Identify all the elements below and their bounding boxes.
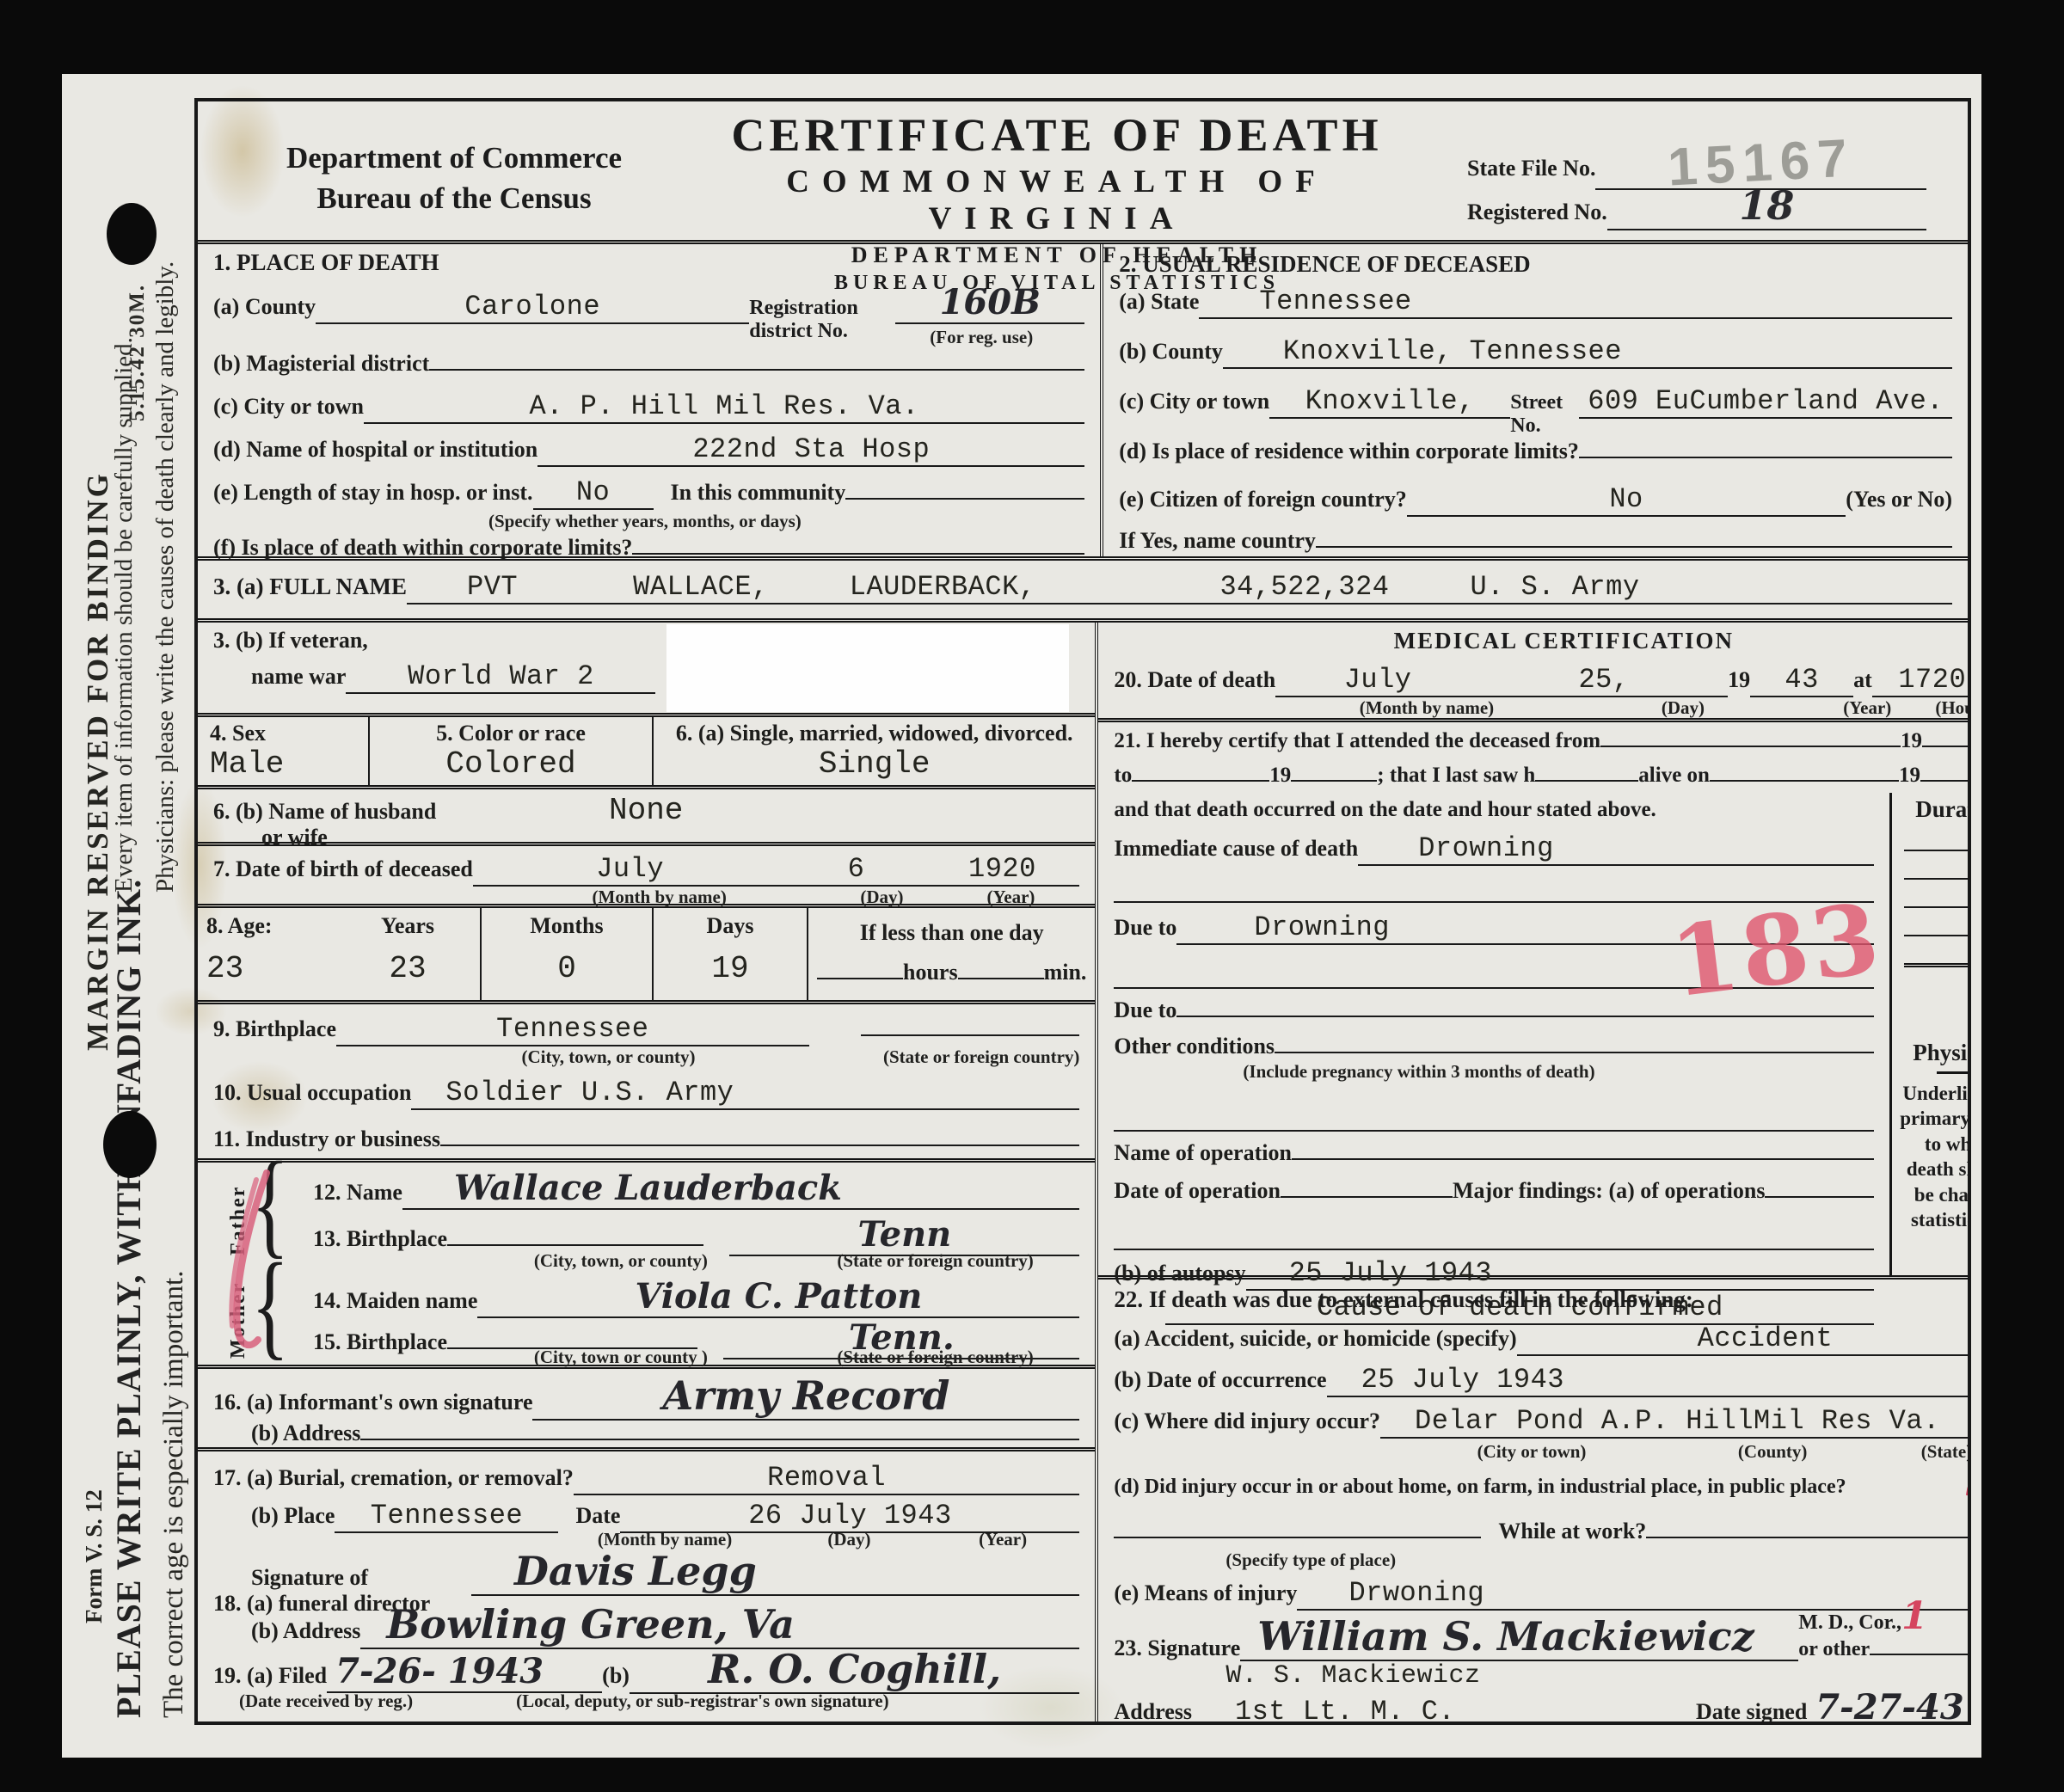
external-causes-block: 22. If death was due to external causes … bbox=[1098, 1280, 1971, 1613]
death-year-value: 43 bbox=[1750, 664, 1853, 697]
street-no-value: 609 EuCumberland Ave. bbox=[1579, 385, 1952, 419]
death-year-note: (Year) bbox=[1824, 697, 1910, 719]
certify-text3: and that death occurred on the date and … bbox=[1114, 798, 1655, 822]
marital-cell: 6. (a) Single, married, widowed, divorce… bbox=[654, 717, 1095, 785]
redaction-box bbox=[666, 624, 1069, 712]
informant-label: 16. (a) Informant's own signature bbox=[213, 1390, 532, 1415]
corporate-limits-death-line bbox=[632, 553, 1084, 555]
certificate-frame: Department of Commerce Bureau of the Cen… bbox=[194, 98, 1971, 1725]
county-label: (a) County bbox=[213, 294, 316, 320]
birthplace-state-line bbox=[861, 1034, 1080, 1036]
external-causes-title: 22. If death was due to external causes … bbox=[1114, 1286, 1692, 1313]
duration-line-3 bbox=[1904, 880, 1971, 908]
race-cell: 5. Color or race Colored bbox=[370, 717, 654, 785]
less-than-day-label: If less than one day bbox=[817, 920, 1086, 946]
res-city-label: (c) City or town bbox=[1119, 389, 1269, 414]
other-conditions-label: Other conditions bbox=[1114, 1034, 1275, 1059]
surname-value: WALLACE, bbox=[633, 571, 769, 603]
certify-from-line bbox=[1600, 746, 1901, 747]
informant-address-label: (b) Address bbox=[251, 1421, 360, 1446]
duration-line-2 bbox=[1904, 851, 1971, 880]
accident-label: (a) Accident, suicide, or homicide (spec… bbox=[1114, 1326, 1516, 1352]
injury-place-type-label: (d) Did injury occur in or about home, o… bbox=[1114, 1476, 1846, 1499]
mother-birthplace-label: 15. Birthplace bbox=[313, 1329, 447, 1355]
filed-row: 19. (a) Filed 7-26- 1943 (b) R. O. Coghi… bbox=[198, 1642, 1095, 1718]
place-type-line bbox=[1114, 1537, 1481, 1538]
rank-value: PVT bbox=[467, 571, 518, 603]
injury-county-note: (County) bbox=[1666, 1441, 1880, 1463]
birthplace-note2: (State or foreign country) bbox=[883, 1046, 1079, 1068]
res-city-value: Knoxville, bbox=[1269, 385, 1510, 419]
industry-line bbox=[440, 1145, 1079, 1146]
punch-hole-bottom bbox=[103, 1111, 157, 1178]
red-mark-5: 5 bbox=[1965, 1450, 1971, 1508]
physician-divider bbox=[1937, 1071, 1971, 1074]
birth-year-note: (Year) bbox=[942, 887, 1079, 908]
immediate-cause-label: Immediate cause of death bbox=[1114, 836, 1358, 862]
birth-day-note: (Day) bbox=[821, 887, 942, 908]
spouse-row: 6. (b) Name of husband or wife None bbox=[198, 789, 1095, 846]
section-2-usual-residence: 2. USUAL RESIDENCE OF DECEASED (a) State… bbox=[1103, 244, 1968, 556]
physician-address-value: 1st Lt. M. C. bbox=[1192, 1696, 1696, 1725]
red-mark-9: 9 bbox=[1835, 1713, 1865, 1725]
occupation-row: 10. Usual occupation Soldier U.S. Army bbox=[198, 1066, 1095, 1120]
age-cell: 8. Age: 23 bbox=[198, 908, 335, 1000]
veteran-row: 3. (b) If veteran, name war World War 2 bbox=[198, 623, 1095, 717]
mother-maiden-label: 14. Maiden name bbox=[313, 1288, 477, 1314]
birthplace-value: Tennessee bbox=[336, 1013, 809, 1046]
parents-block: Father { Mother { 12. Name Wallace Laude… bbox=[198, 1163, 1095, 1369]
months-value: 0 bbox=[490, 951, 643, 986]
full-name-label: 3. (a) FULL NAME bbox=[213, 574, 407, 600]
state-file-label: State File No. bbox=[1467, 156, 1595, 181]
section2-title: 2. USUAL RESIDENCE OF DECEASED bbox=[1119, 251, 1530, 278]
months-header: Months bbox=[490, 913, 643, 939]
years-value: 23 bbox=[344, 951, 471, 986]
physician-signature-block: 23. Signature William S. Mackiewicz M. D… bbox=[1098, 1613, 1971, 1721]
death-month-value: July bbox=[1275, 664, 1480, 697]
birth-month-note: (Month by name) bbox=[497, 887, 821, 908]
mother-maiden-value: Viola C. Patton bbox=[477, 1276, 1079, 1318]
death-date-label: 20. Date of death bbox=[1114, 667, 1275, 693]
state-file-stamp: 15167 bbox=[1667, 127, 1857, 198]
foreign-citizen-value: No bbox=[1407, 483, 1846, 517]
immediate-cause-value: Drowning bbox=[1358, 832, 1874, 866]
margin-warning-plainly: PLEASE WRITE PLAINLY, WITH UNFADING INK. bbox=[108, 879, 149, 1718]
res-county-value: Knoxville, Tennessee bbox=[1223, 335, 1952, 369]
hospital-value: 222nd Sta Hosp bbox=[537, 433, 1084, 467]
in-community-line bbox=[845, 498, 1084, 500]
section1-title: 1. PLACE OF DEATH bbox=[213, 249, 439, 276]
registrar-note: (Local, deputy, or sub-registrar's own s… bbox=[516, 1691, 888, 1712]
reg-district-label: Registration district No. bbox=[749, 297, 895, 343]
days-header: Days bbox=[662, 913, 798, 939]
duration-line-5 bbox=[1904, 936, 1971, 967]
certify-alive: alive on bbox=[1638, 764, 1710, 788]
duration-header: Duration bbox=[1892, 796, 1971, 823]
cause-line-3 bbox=[1114, 1090, 1874, 1132]
death-day-note: (Day) bbox=[1542, 697, 1825, 719]
res-county-label: (b) County bbox=[1119, 339, 1223, 365]
spouse-value: None bbox=[609, 793, 683, 828]
cause-line-4 bbox=[1114, 1211, 1874, 1250]
red-checkmark bbox=[200, 1166, 282, 1360]
death-19-prefix: 19 bbox=[1728, 667, 1750, 693]
signature-script-value: William S. Mackiewicz bbox=[1240, 1613, 1798, 1661]
burial-row: 17. (a) Burial, cremation, or removal? R… bbox=[198, 1451, 1095, 1548]
medical-certification-title-row: MEDICAL CERTIFICATION bbox=[1098, 623, 1971, 660]
certify-19c: 19 bbox=[1899, 764, 1920, 788]
street-no-label: Street No. bbox=[1510, 391, 1579, 438]
margin-warning-physicians: Physicians: please write the causes of d… bbox=[151, 261, 180, 893]
informant-address-line bbox=[360, 1439, 1079, 1440]
burial-place-label: (b) Place bbox=[251, 1503, 335, 1529]
certify-19b-line bbox=[1291, 780, 1377, 782]
agency-line2: Bureau of the Census bbox=[246, 178, 662, 218]
corporate-limits-res-label: (d) Is place of residence within corpora… bbox=[1119, 439, 1579, 464]
funeral-director-row: Signature of 18. (a) funeral director Da… bbox=[198, 1548, 1095, 1642]
death-month-note: (Month by name) bbox=[1311, 697, 1541, 719]
birth-month-value: July bbox=[473, 853, 788, 887]
if-yes-country-label: If Yes, name country bbox=[1119, 528, 1316, 554]
industry-label: 11. Industry or business bbox=[213, 1126, 440, 1152]
commonwealth-subtitle: COMMONWEALTH OF VIRGINIA bbox=[662, 163, 1452, 237]
marital-value: Single bbox=[666, 746, 1083, 782]
father-name-value: Wallace Lauderback bbox=[402, 1168, 1079, 1210]
serial-number-value: 34,522,324 bbox=[1219, 571, 1389, 603]
due-to-2-line bbox=[1176, 1016, 1874, 1017]
informant-value: Army Record bbox=[532, 1372, 1079, 1421]
stay-length-label: (e) Length of stay in hosp. or inst. bbox=[213, 480, 533, 506]
years-header: Years bbox=[344, 913, 471, 939]
hours-label: hours bbox=[903, 960, 958, 985]
branch-value: U. S. Army bbox=[1471, 571, 1640, 603]
parents-fields: 12. Name Wallace Lauderback 13. Birthpla… bbox=[298, 1163, 1095, 1365]
occupation-label: 10. Usual occupation bbox=[213, 1080, 411, 1106]
while-at-work-label: While at work? bbox=[1498, 1519, 1646, 1544]
filed-date-value: 7-26- 1943 bbox=[327, 1651, 602, 1693]
registrar-sig-value: R. O. Coghill, bbox=[630, 1646, 1079, 1694]
certify-line1: 21. I hereby certify that I attended the… bbox=[1098, 722, 1971, 757]
full-name-row: 3. (a) FULL NAME PVT WALLACE, LAUDERBACK… bbox=[198, 561, 1968, 623]
death-day-value: 25, bbox=[1480, 664, 1728, 697]
yes-or-no-note: (Yes or No) bbox=[1846, 487, 1952, 512]
specify-place-note: (Specify type of place) bbox=[1225, 1550, 1396, 1571]
registered-no-label: Registered No. bbox=[1467, 199, 1607, 225]
major-findings-label: Major findings: (a) of operations bbox=[1453, 1178, 1766, 1204]
occurrence-date-label: (b) Date of occurrence bbox=[1114, 1367, 1326, 1393]
state-label: (a) State bbox=[1119, 289, 1199, 315]
form-number: Form V. S. 12 bbox=[81, 1489, 107, 1623]
left-column: 3. (b) If veteran, name war World War 2 … bbox=[198, 623, 1098, 1721]
foreign-citizen-label: (e) Citizen of foreign country? bbox=[1119, 487, 1407, 512]
sex-race-marital-row: 4. Sex Male 5. Color or race Colored 6. … bbox=[198, 717, 1095, 789]
min-label: min. bbox=[1044, 960, 1087, 985]
death-hour-value: 1720 bbox=[1872, 664, 1971, 697]
certify-h-line bbox=[1535, 780, 1638, 782]
main-columns: 3. (b) If veteran, name war World War 2 … bbox=[198, 623, 1968, 1721]
certify-line2: to 19 ; that I last saw h alive on 19 ; bbox=[1098, 757, 1971, 793]
duration-sidebar: Duration Physician Underline the primary… bbox=[1889, 793, 1971, 1275]
operation-name-label: Name of operation bbox=[1114, 1140, 1292, 1166]
corporate-limits-death-label: (f) Is place of death within corporate l… bbox=[213, 535, 632, 561]
veteran-war-value: World War 2 bbox=[346, 660, 655, 694]
death-hour-note: (Hour) bbox=[1910, 697, 1971, 719]
birth-day-value: 6 bbox=[787, 853, 924, 887]
means-of-injury-label: (e) Means of injury bbox=[1114, 1580, 1297, 1606]
reg-district-value: 160B bbox=[895, 282, 1084, 324]
days-value: 19 bbox=[662, 951, 798, 986]
certify-to: to bbox=[1114, 764, 1132, 788]
accident-value: Accident bbox=[1517, 1323, 1971, 1356]
due-to-1-label: Due to bbox=[1114, 915, 1176, 941]
birth-date-row: 7. Date of birth of deceased July 6 1920… bbox=[198, 846, 1095, 908]
birth-date-label: 7. Date of birth of deceased bbox=[213, 856, 473, 882]
operation-date-label: Date of operation bbox=[1114, 1178, 1281, 1204]
date-signed-value: 7-27-43 bbox=[1807, 1687, 1971, 1725]
occupation-value: Soldier U.S. Army bbox=[411, 1077, 1079, 1110]
registrar-sig-label: (b) bbox=[602, 1663, 630, 1689]
md-cor-label: M. D., Cor.,1 or other bbox=[1798, 1594, 1971, 1661]
state-value: Tennessee bbox=[1199, 285, 1952, 319]
father-birthplace-note2: (State or foreign country) bbox=[791, 1250, 1080, 1272]
age-row: 8. Age: 23 Years 23 Months 0 Days 19 bbox=[198, 908, 1095, 1004]
birthplace-note1: (City, town, or county) bbox=[385, 1046, 832, 1068]
less-than-day-cell: If less than one day hours min. bbox=[808, 908, 1095, 1000]
if-yes-country-line bbox=[1316, 546, 1952, 548]
causes-main: and that death occurred on the date and … bbox=[1098, 793, 1889, 1275]
funeral-director-value: Davis Legg bbox=[471, 1548, 1079, 1596]
certify-to-line bbox=[1132, 780, 1269, 782]
age-years-cell: Years 23 bbox=[335, 908, 482, 1000]
burial-date-label: Date bbox=[575, 1503, 620, 1529]
race-label: 5. Color or race bbox=[382, 721, 640, 746]
death-date-row: 20. Date of death July 25, 19 43 at 1720… bbox=[1098, 660, 1971, 722]
medical-certification-title: MEDICAL CERTIFICATION bbox=[1394, 628, 1734, 654]
spouse-label: 6. (b) Name of husband or wife bbox=[213, 799, 497, 850]
certify-text1: 21. I hereby certify that I attended the… bbox=[1114, 729, 1600, 753]
state-file-line: 15167 bbox=[1595, 127, 1926, 190]
hospital-label: (d) Name of hospital or institution bbox=[213, 437, 537, 463]
city-town-value: A. P. Hill Mil Res. Va. bbox=[364, 390, 1084, 424]
birthplace-row: 9. Birthplace Tennessee (City, town, or … bbox=[198, 1004, 1095, 1066]
file-numbers: State File No. 15167 Registered No. 18 bbox=[1452, 101, 1968, 240]
due-to-2-label: Due to bbox=[1114, 997, 1176, 1023]
age-value: 23 bbox=[206, 951, 327, 986]
father-name-label: 12. Name bbox=[313, 1180, 402, 1206]
stay-specify-note: (Specify whether years, months, or days) bbox=[488, 511, 802, 532]
title-block: CERTIFICATE OF DEATH COMMONWEALTH OF VIR… bbox=[662, 101, 1452, 240]
injury-city-note: (City or town) bbox=[1397, 1441, 1665, 1463]
mother-birthplace-note1: (City, town or county ) bbox=[476, 1347, 765, 1368]
min-line bbox=[958, 978, 1044, 979]
full-name-line: PVT WALLACE, LAUDERBACK, 34,522,324 U. S… bbox=[407, 571, 1952, 604]
corporate-limits-res-line bbox=[1579, 457, 1952, 458]
signature-label: 23. Signature bbox=[1114, 1636, 1240, 1661]
injury-where-label: (c) Where did injury occur? bbox=[1114, 1408, 1380, 1434]
magisterial-district-line bbox=[429, 369, 1084, 371]
birthplace-label: 9. Birthplace bbox=[213, 1016, 336, 1042]
residence-and-place-row: 1. PLACE OF DEATH (a) County Carolone Re… bbox=[198, 244, 1968, 561]
county-value: Carolone bbox=[316, 291, 749, 324]
stay-length-value: No bbox=[533, 476, 654, 510]
age-days-cell: Days 19 bbox=[654, 908, 808, 1000]
red-mark-1: 1 bbox=[1901, 1594, 1928, 1638]
veteran-label1: 3. (b) If veteran, bbox=[213, 628, 368, 654]
father-birthplace-label: 13. Birthplace bbox=[313, 1226, 447, 1252]
agency-line1: Department of Commerce bbox=[246, 138, 662, 178]
hours-line bbox=[817, 978, 903, 979]
pregnancy-note: (Include pregnancy within 3 months of de… bbox=[1243, 1061, 1594, 1083]
operation-date-line bbox=[1281, 1196, 1453, 1198]
in-community-label: In this community bbox=[671, 480, 846, 506]
marital-label: 6. (a) Single, married, widowed, divorce… bbox=[666, 721, 1083, 746]
industry-row: 11. Industry or business bbox=[198, 1120, 1095, 1163]
certificate-title: CERTIFICATE OF DEATH bbox=[662, 108, 1452, 162]
signature-typed-value: W. S. Mackiewicz bbox=[1225, 1661, 1480, 1691]
father-birthplace-line bbox=[447, 1244, 703, 1246]
sex-cell: 4. Sex Male bbox=[198, 717, 370, 785]
physician-note: Underline the primary cause to which dea… bbox=[1892, 1081, 1971, 1233]
certify-19b: 19 bbox=[1269, 764, 1291, 788]
major-findings-line bbox=[1765, 1196, 1874, 1198]
city-town-label: (c) City or town bbox=[213, 394, 364, 420]
sex-label: 4. Sex bbox=[210, 721, 356, 746]
injury-where-value: Delar Pond A.P. HillMil Res Va. bbox=[1380, 1405, 1971, 1439]
or-other-line bbox=[1870, 1654, 1971, 1655]
scanned-death-certificate: 5.15.42 30M. Every item of information s… bbox=[0, 0, 2064, 1792]
filed-label: 19. (a) Filed bbox=[213, 1663, 327, 1689]
burial-label: 17. (a) Burial, cremation, or removal? bbox=[213, 1465, 574, 1491]
occurrence-date-value: 25 July 1943 bbox=[1327, 1364, 1971, 1397]
operation-name-line bbox=[1292, 1158, 1874, 1160]
givenname-value: LAUDERBACK, bbox=[850, 571, 1036, 603]
physician-address-label: Address bbox=[1114, 1699, 1192, 1725]
other-conditions-line bbox=[1275, 1052, 1874, 1053]
date-signed-label: Date signed bbox=[1696, 1699, 1807, 1725]
certify-saw: ; that I last saw h bbox=[1377, 764, 1535, 788]
duration-line-1 bbox=[1904, 823, 1971, 851]
issuing-agency: Department of Commerce Bureau of the Cen… bbox=[198, 101, 662, 240]
birth-year-value: 1920 bbox=[924, 853, 1079, 887]
punch-hole-top bbox=[107, 203, 157, 265]
while-at-work-line bbox=[1646, 1537, 1971, 1538]
causes-and-duration-block: 183 and that death occurred on the date … bbox=[1098, 793, 1971, 1280]
death-at-label: at bbox=[1853, 667, 1872, 693]
for-reg-use-note: (For reg. use) bbox=[878, 327, 1084, 348]
physician-title: Physician bbox=[1892, 1040, 1971, 1066]
age-months-cell: Months 0 bbox=[482, 908, 654, 1000]
certify-19a-line bbox=[1922, 746, 1971, 747]
informant-row: 16. (a) Informant's own signature Army R… bbox=[198, 1369, 1095, 1451]
sex-value: Male bbox=[210, 746, 356, 782]
funeral-address-label: (b) Address bbox=[251, 1618, 360, 1644]
race-value: Colored bbox=[382, 746, 640, 782]
magisterial-district-label: (b) Magisterial district bbox=[213, 351, 429, 377]
right-column: MEDICAL CERTIFICATION 20. Date of death … bbox=[1098, 623, 1971, 1721]
mother-birthplace-note2: (State or foreign country) bbox=[791, 1347, 1080, 1368]
burial-place-value: Tennessee bbox=[335, 1500, 558, 1533]
duration-line-4 bbox=[1904, 908, 1971, 936]
filed-note: (Date received by reg.) bbox=[239, 1691, 413, 1712]
certify-19c-line bbox=[1920, 780, 1971, 782]
injury-state-note: (State) bbox=[1880, 1441, 1971, 1463]
margin-warning-age: The correct age is especially important. bbox=[158, 1271, 190, 1718]
burial-value: Removal bbox=[574, 1462, 1080, 1495]
age-label: 8. Age: bbox=[206, 913, 327, 939]
certificate-header: Department of Commerce Bureau of the Cen… bbox=[198, 101, 1968, 244]
certify-alive-line bbox=[1710, 780, 1899, 782]
section-1-place-of-death: 1. PLACE OF DEATH (a) County Carolone Re… bbox=[198, 244, 1103, 556]
father-birthplace-note1: (City, town, or county) bbox=[476, 1250, 765, 1272]
veteran-label2: name war bbox=[251, 664, 346, 690]
certify-19a: 19 bbox=[1901, 729, 1922, 753]
